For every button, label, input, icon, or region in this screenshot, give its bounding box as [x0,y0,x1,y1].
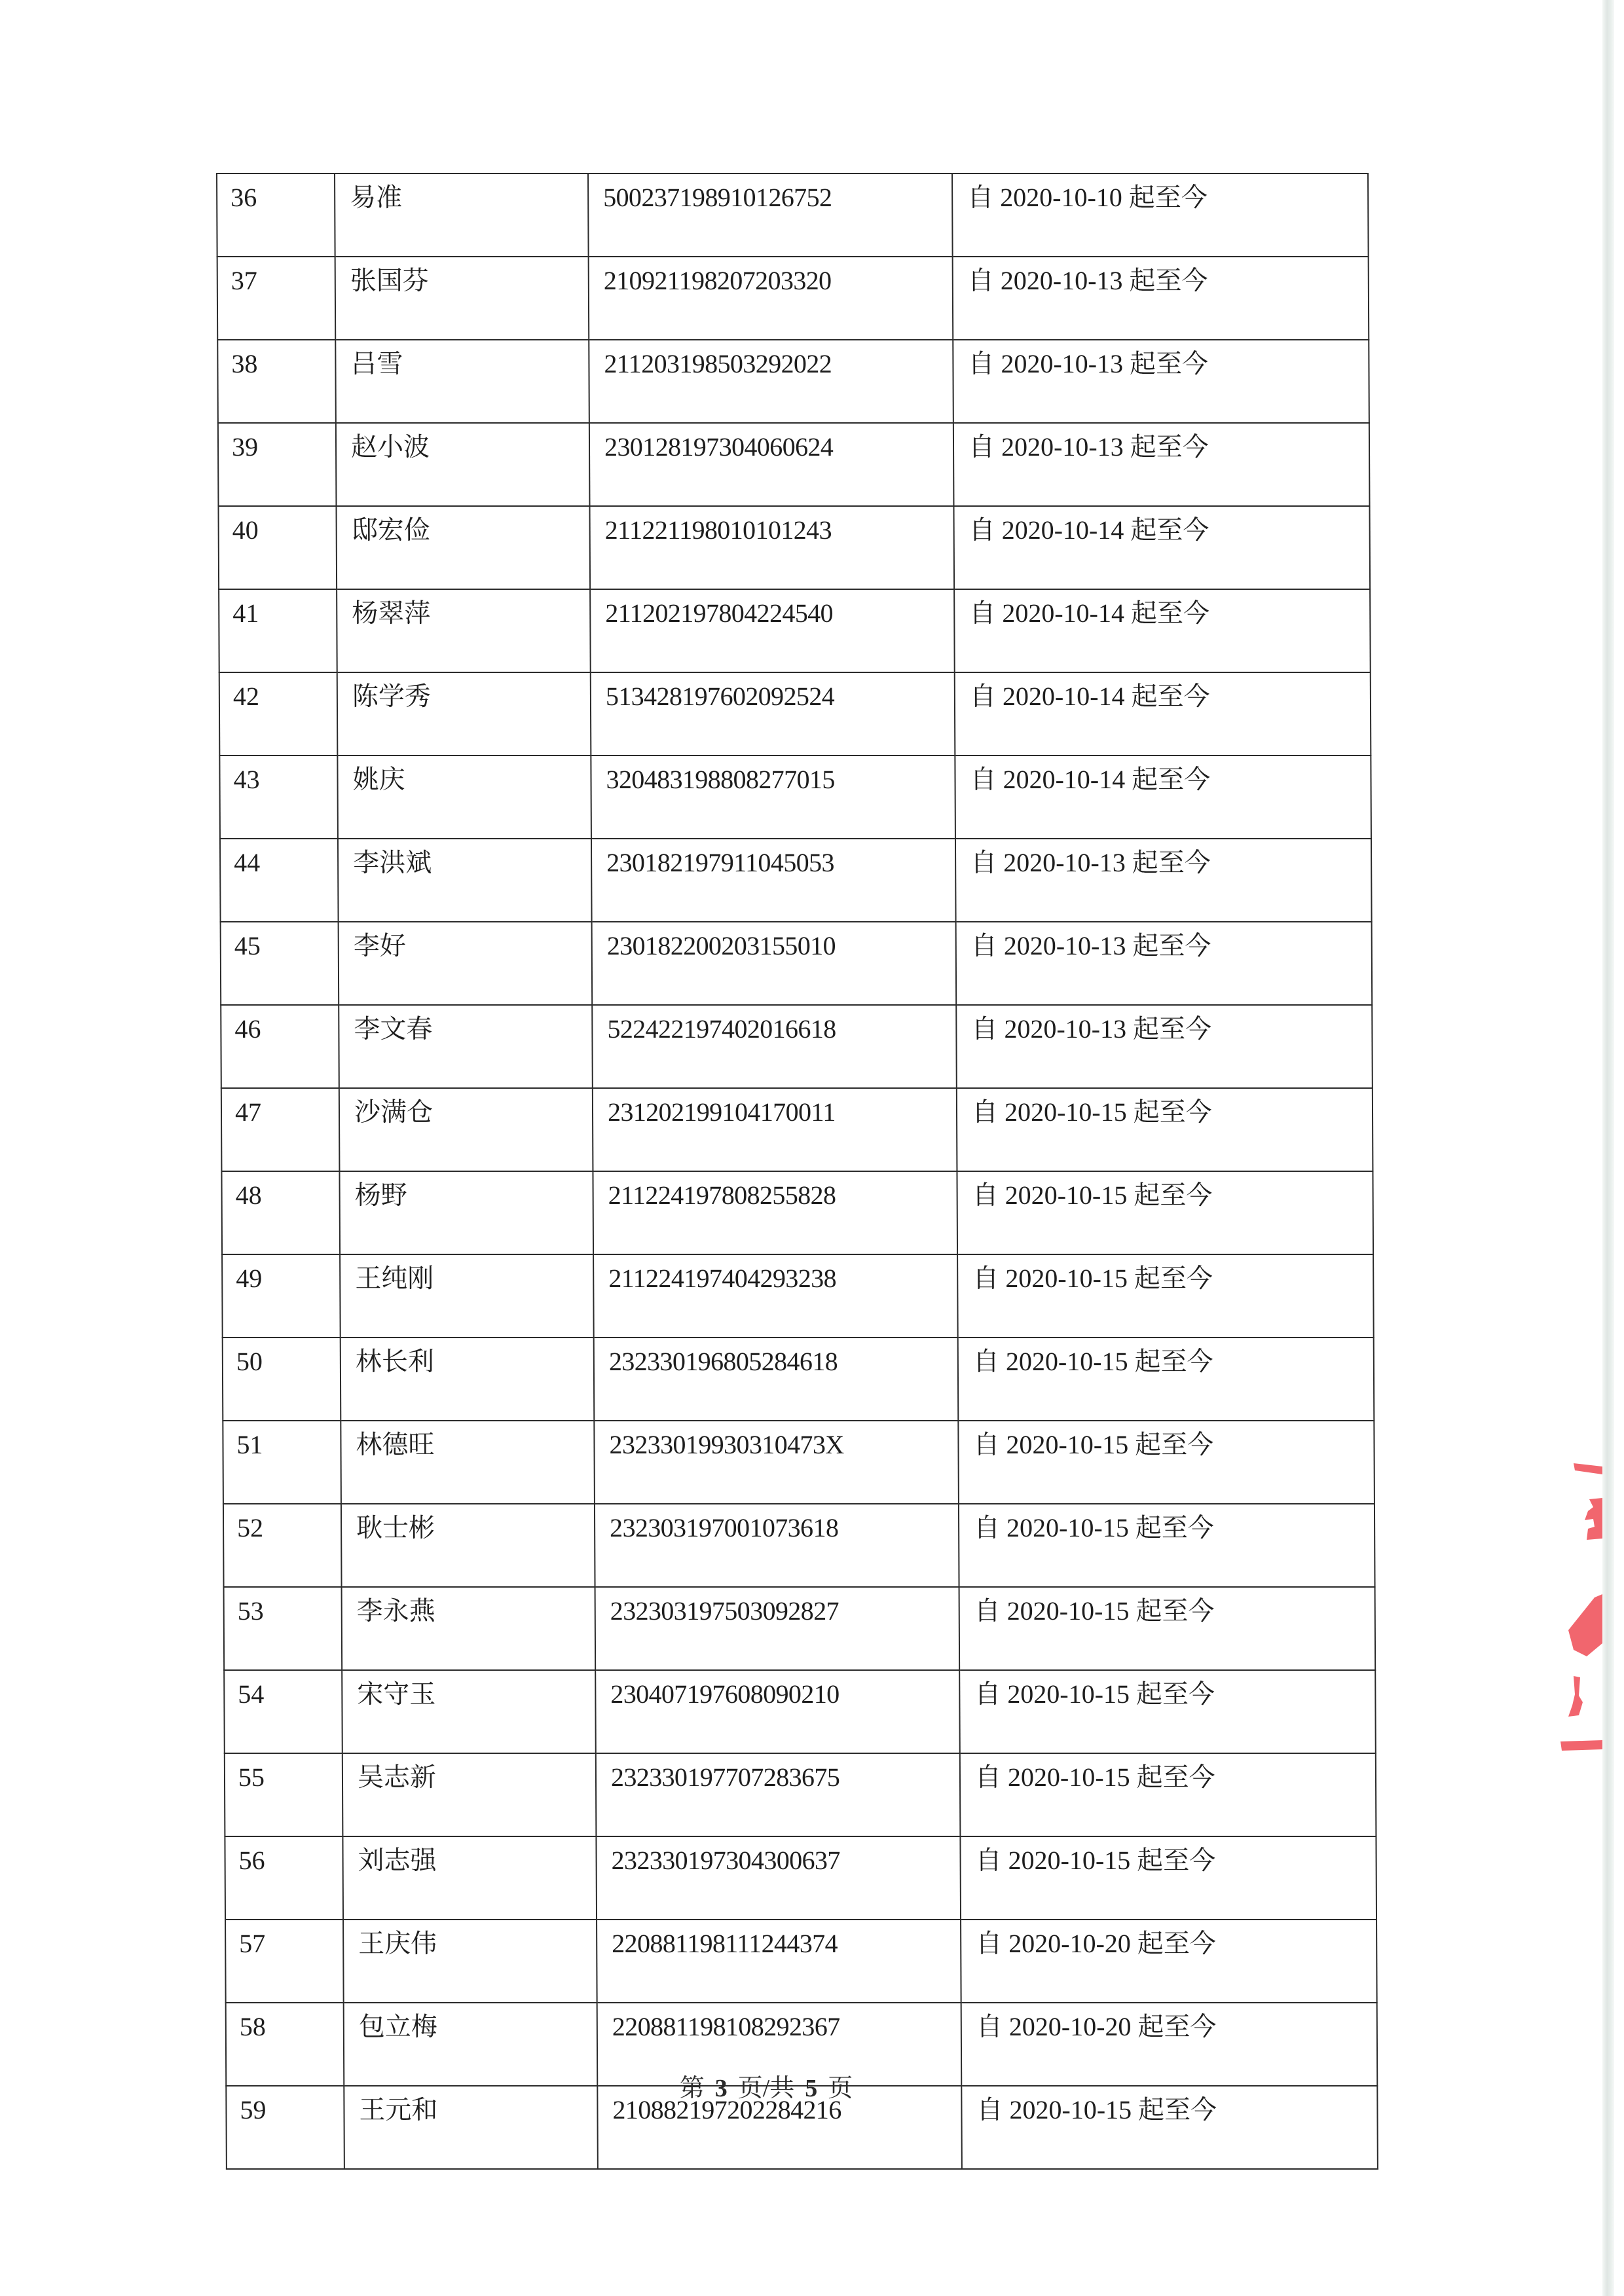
table-row: 51 林德旺 23233019930310473X 自 2020-10-15 起… [223,1421,1375,1504]
person-name: 杨翠萍 [337,589,591,672]
id-number: 232303197503092827 [595,1587,960,1670]
id-number: 211202197804224540 [590,589,955,672]
person-name: 李洪斌 [338,839,592,922]
table-row: 48 杨野 211224197808255828 自 2020-10-15 起至… [221,1171,1373,1254]
person-name: 王庆伟 [343,1920,597,2003]
id-number: 230182197911045053 [591,839,956,922]
row-number: 50 [223,1338,341,1421]
employment-period: 自 2020-10-20 起至今 [961,1920,1377,2003]
person-name: 沙满仓 [339,1088,593,1171]
id-number: 211224197808255828 [593,1171,957,1254]
employment-period: 自 2020-10-15 起至今 [957,1088,1373,1171]
employment-period: 自 2020-10-15 起至今 [958,1421,1375,1504]
table-row: 50 林长利 232330196805284618 自 2020-10-15 起… [223,1338,1375,1421]
table-row: 40 邸宏俭 211221198010101243 自 2020-10-14 起… [218,506,1370,589]
person-name: 李好 [339,922,593,1005]
employment-period: 自 2020-10-13 起至今 [953,423,1370,506]
id-number: 232330197304300637 [596,1836,961,1920]
employment-period: 自 2020-10-15 起至今 [959,1504,1375,1587]
row-number: 48 [221,1171,340,1254]
row-number: 49 [222,1254,341,1338]
id-number: 230182200203155010 [592,922,957,1005]
person-name: 姚庆 [337,756,591,839]
employment-period: 自 2020-10-15 起至今 [959,1587,1376,1670]
employment-period: 自 2020-10-14 起至今 [955,672,1371,756]
employment-period: 自 2020-10-10 起至今 [952,173,1369,257]
id-number: 232330196805284618 [594,1338,959,1421]
employment-period: 自 2020-10-14 起至今 [953,506,1370,589]
table-row: 36 易准 500237198910126752 自 2020-10-10 起至… [217,173,1369,257]
employment-period: 自 2020-10-14 起至今 [955,756,1371,839]
footer-prefix: 第 [680,2075,705,2102]
employment-period: 自 2020-10-13 起至今 [956,922,1373,1005]
row-number: 51 [223,1421,341,1504]
row-number: 43 [219,756,338,839]
current-page-number: 3 [715,2075,728,2102]
id-number: 232303197001073618 [595,1504,959,1587]
person-name: 易准 [335,173,589,257]
table-row: 42 陈学秀 513428197602092524 自 2020-10-14 起… [219,672,1371,756]
person-name: 邸宏俭 [336,506,590,589]
row-number: 36 [217,173,335,257]
person-name: 吕雪 [335,340,589,423]
table-row: 47 沙满仓 231202199104170011 自 2020-10-15 起… [221,1088,1373,1171]
person-name: 王纯刚 [340,1254,594,1338]
table-row: 41 杨翠萍 211202197804224540 自 2020-10-14 起… [219,589,1371,672]
row-number: 39 [218,423,337,506]
id-number: 230128197304060624 [589,423,954,506]
id-number: 211221198010101243 [589,506,954,589]
employment-period: 自 2020-10-15 起至今 [960,1753,1376,1836]
row-number: 56 [225,1836,343,1920]
row-number: 47 [221,1088,340,1171]
red-seal-stamp-fragment [1549,1434,1602,1787]
table-row: 57 王庆伟 220881198111244374 自 2020-10-20 起… [225,1920,1377,2003]
id-number: 513428197602092524 [591,672,955,756]
row-number: 37 [217,257,336,340]
total-page-count: 5 [805,2075,817,2102]
row-number: 42 [219,672,338,756]
table-row: 46 李文春 522422197402016618 自 2020-10-13 起… [221,1005,1373,1088]
employment-period: 自 2020-10-15 起至今 [957,1254,1374,1338]
table-row: 55 吴志新 232330197707283675 自 2020-10-15 起… [225,1753,1376,1836]
person-name: 张国芬 [335,257,589,340]
id-number: 211203198503292022 [589,340,953,423]
footer-suffix: 页 [828,2075,853,2102]
person-name: 陈学秀 [337,672,591,756]
employment-period: 自 2020-10-15 起至今 [960,1836,1376,1920]
id-number: 23233019930310473X [594,1421,959,1504]
id-number: 211224197404293238 [593,1254,958,1338]
row-number: 41 [219,589,337,672]
personnel-table-container: 36 易准 500237198910126752 自 2020-10-10 起至… [216,173,1378,2170]
row-number: 52 [223,1504,342,1587]
row-number: 53 [224,1587,342,1670]
table-row: 54 宋守玉 230407197608090210 自 2020-10-15 起… [224,1670,1376,1753]
id-number: 500237198910126752 [588,173,953,257]
row-number: 57 [225,1920,344,2003]
id-number: 231202199104170011 [593,1088,957,1171]
footer-middle: 页/共 [738,2075,795,2102]
person-name: 杨野 [339,1171,593,1254]
row-number: 46 [221,1005,339,1088]
page-footer: 第3页/共5页 [0,2068,1532,2104]
table-row: 56 刘志强 232330197304300637 自 2020-10-15 起… [225,1836,1376,1920]
table-row: 43 姚庆 320483198808277015 自 2020-10-14 起至… [219,756,1371,839]
row-number: 55 [225,1753,343,1836]
personnel-table: 36 易准 500237198910126752 自 2020-10-10 起至… [216,173,1378,2170]
person-name: 林德旺 [341,1421,595,1504]
id-number: 522422197402016618 [592,1005,957,1088]
employment-period: 自 2020-10-13 起至今 [953,257,1369,340]
employment-period: 自 2020-10-15 起至今 [957,1171,1373,1254]
person-name: 宋守玉 [342,1670,596,1753]
row-number: 38 [217,340,336,423]
row-number: 40 [218,506,337,589]
employment-period: 自 2020-10-15 起至今 [959,1670,1376,1753]
table-row: 52 耿士彬 232303197001073618 自 2020-10-15 起… [223,1504,1375,1587]
table-row: 44 李洪斌 230182197911045053 自 2020-10-13 起… [220,839,1372,922]
employment-period: 自 2020-10-13 起至今 [956,1005,1373,1088]
employment-period: 自 2020-10-13 起至今 [953,340,1369,423]
table-row: 37 张国芬 210921198207203320 自 2020-10-13 起… [217,257,1369,340]
id-number: 232330197707283675 [596,1753,961,1836]
employment-period: 自 2020-10-14 起至今 [954,589,1371,672]
person-name: 李永燕 [342,1587,596,1670]
scan-edge-shadow [1602,0,1614,2296]
employment-period: 自 2020-10-15 起至今 [958,1338,1375,1421]
person-name: 吴志新 [342,1753,597,1836]
id-number: 220881198111244374 [597,1920,961,2003]
row-number: 45 [221,922,339,1005]
id-number: 320483198808277015 [591,756,955,839]
table-row: 53 李永燕 232303197503092827 自 2020-10-15 起… [224,1587,1376,1670]
table-row: 38 吕雪 211203198503292022 自 2020-10-13 起至… [217,340,1369,423]
person-name: 李文春 [339,1005,593,1088]
person-name: 赵小波 [336,423,590,506]
id-number: 230407197608090210 [595,1670,960,1753]
person-name: 林长利 [341,1338,595,1421]
employment-period: 自 2020-10-13 起至今 [955,839,1372,922]
table-row: 39 赵小波 230128197304060624 自 2020-10-13 起… [218,423,1370,506]
table-row: 45 李好 230182200203155010 自 2020-10-13 起至… [221,922,1373,1005]
table-row: 49 王纯刚 211224197404293238 自 2020-10-15 起… [222,1254,1374,1338]
row-number: 54 [224,1670,342,1753]
id-number: 210921198207203320 [589,257,953,340]
person-name: 耿士彬 [341,1504,595,1587]
person-name: 刘志强 [342,1836,597,1920]
row-number: 44 [220,839,339,922]
